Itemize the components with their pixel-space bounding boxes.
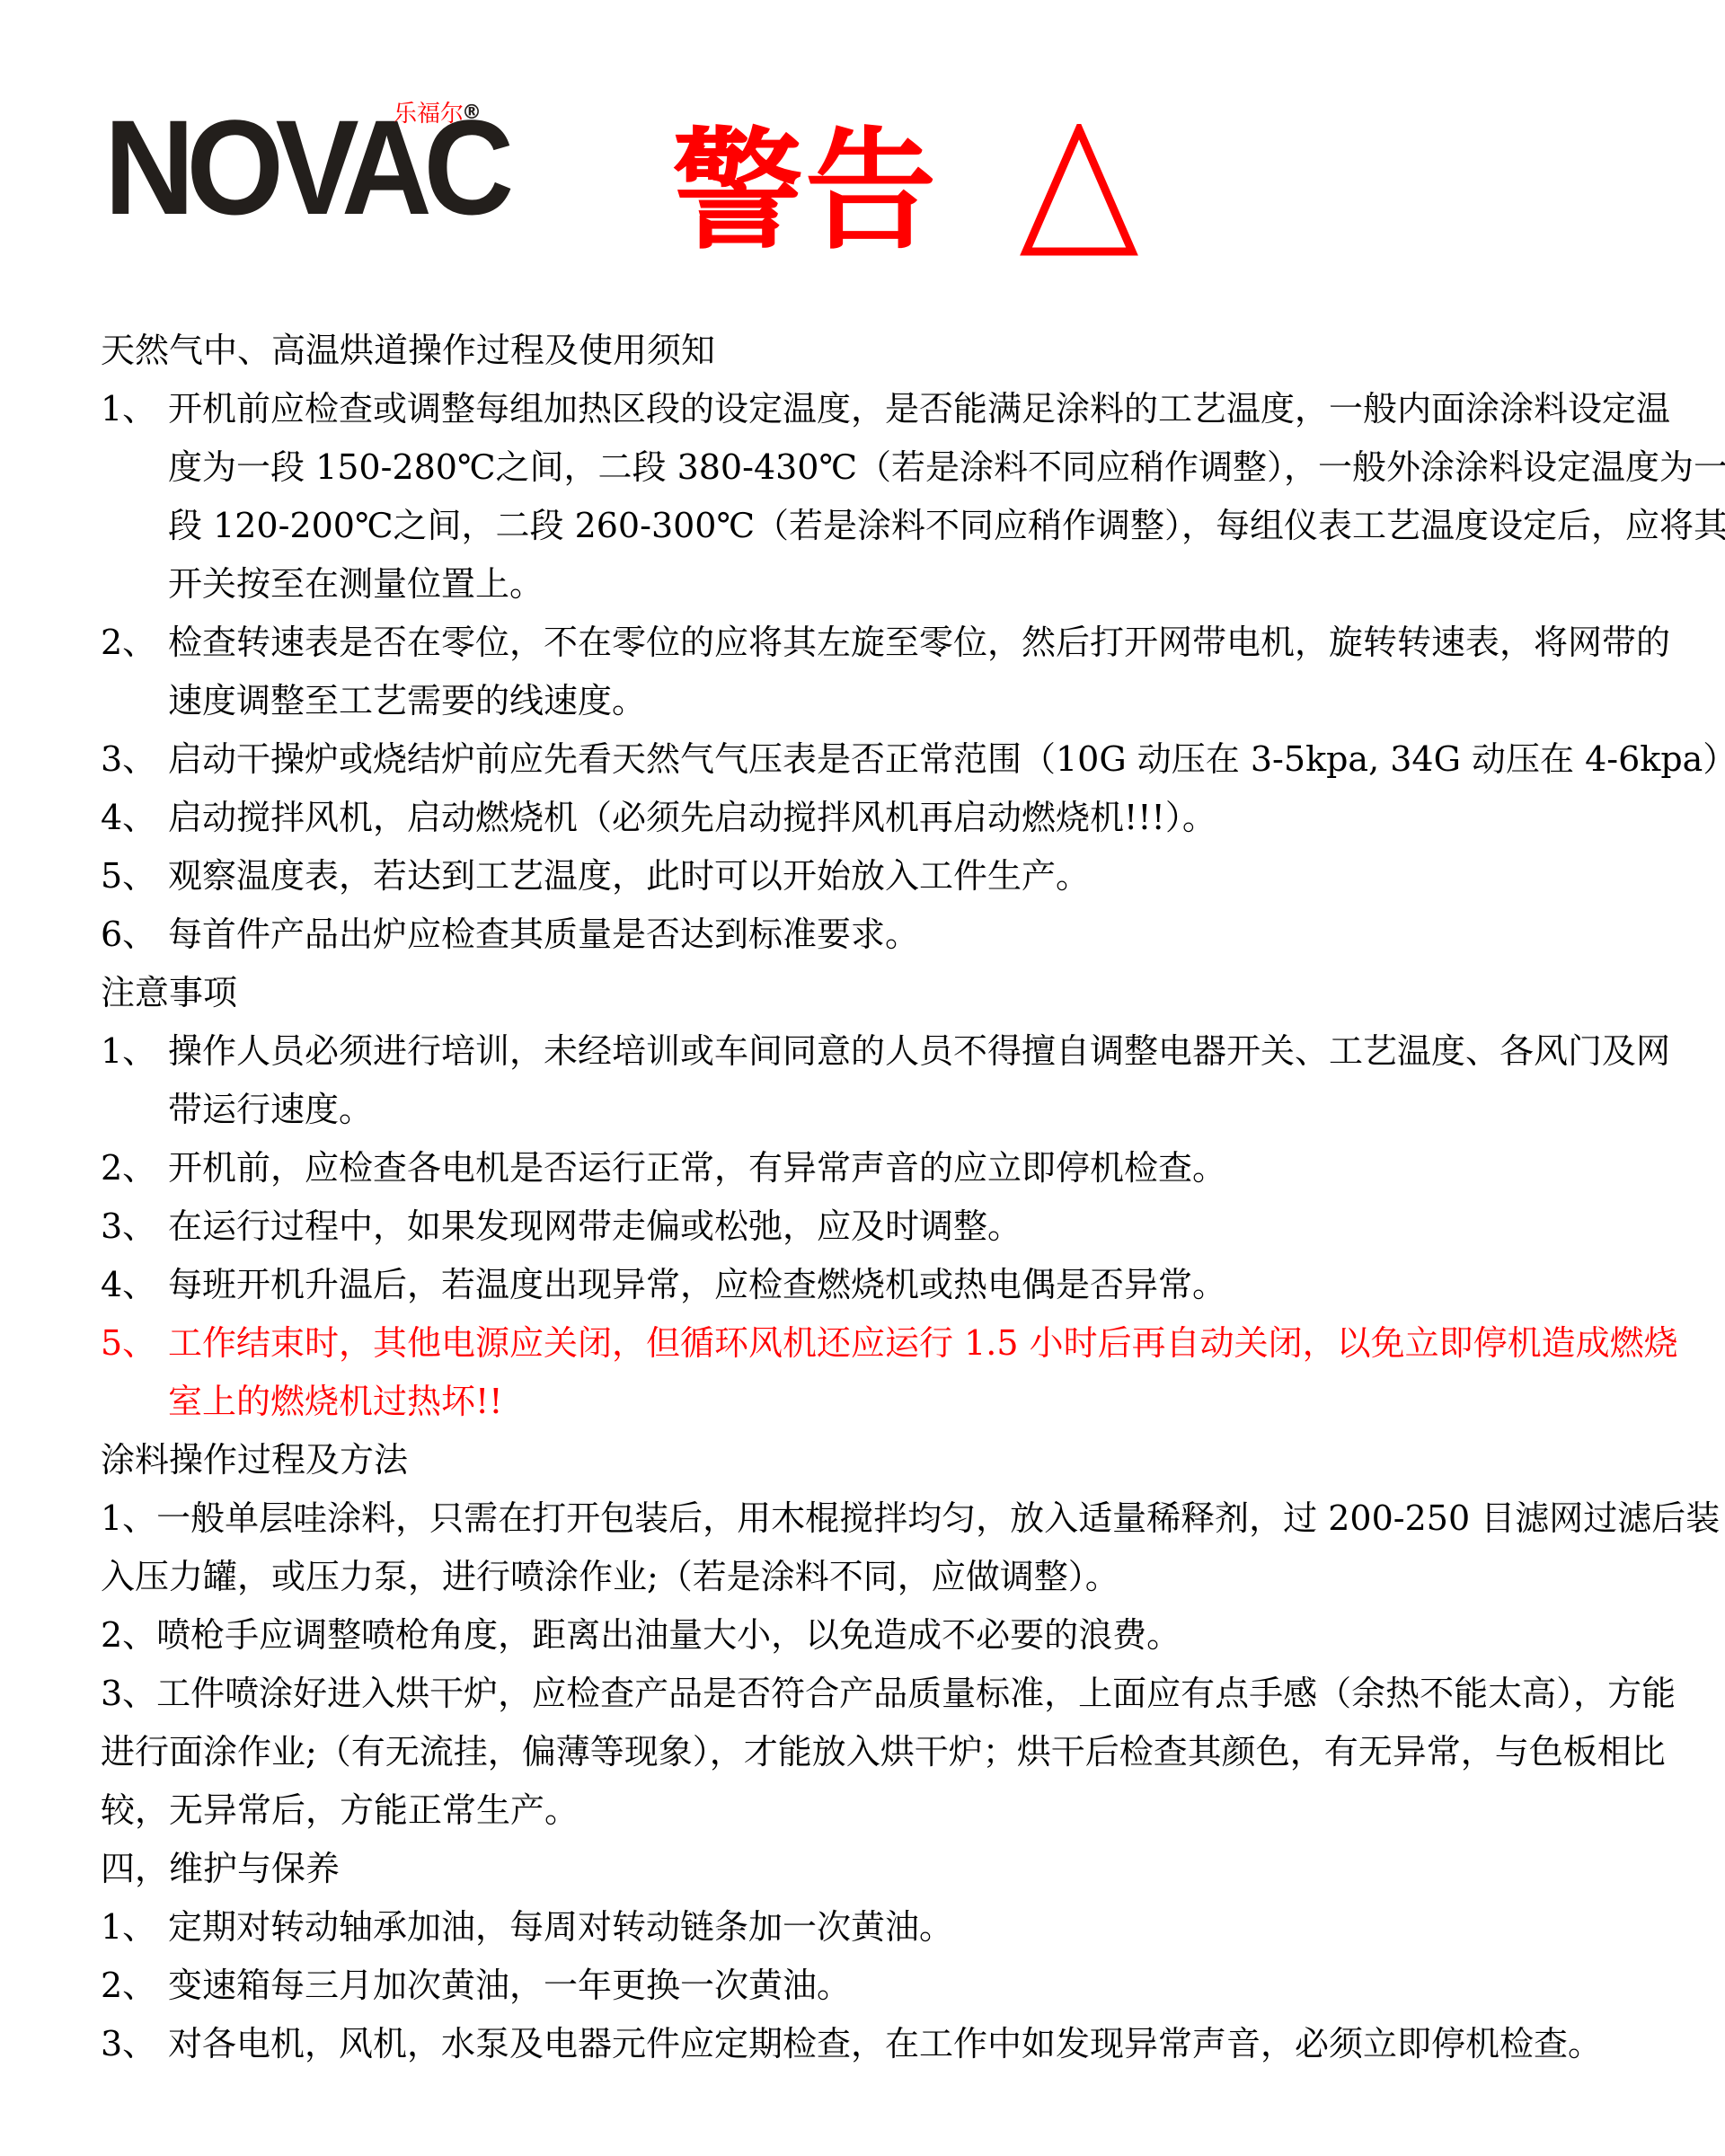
line-text: 对各电机，风机，水泵及电器元件应定期检查，在工作中如发现异常声音，必须立即停机检…: [168, 2015, 1653, 2073]
list-item-line: 6、每首件产品出炉应检查其质量是否达到标准要求。: [101, 906, 1653, 964]
line-text: 每班开机升温后，若温度出现异常，应检查燃烧机或热电偶是否异常。: [168, 1256, 1653, 1314]
paragraph-line: 1、一般单层哇涂料，只需在打开包装后，用木棍搅拌均匀，放入适量稀释剂，过 200…: [101, 1489, 1653, 1548]
list-item-line: 段 120-200℃之间，二段 260-300℃（若是涂料不同应稍作调整），每组…: [101, 497, 1653, 555]
logo-chinese-name: 乐福尔: [394, 101, 464, 128]
section-title: 天然气中、高温烘道操作过程及使用须知: [101, 322, 1653, 380]
list-item-line: 室上的燃烧机过热坏!!: [101, 1373, 1653, 1431]
line-text: 定期对转动轴承加油，每周对转动链条加一次黄油。: [168, 1898, 1653, 1957]
list-item-line: 度为一段 150-280℃之间，二段 380-430℃（若是涂料不同应稍作调整）…: [101, 438, 1653, 497]
line-text: 启动搅拌风机，启动燃烧机（必须先启动搅拌风机再启动燃烧机!!!）。: [168, 789, 1653, 847]
paragraph-line: 3、工件喷涂好进入烘干炉，应检查产品是否符合产品质量标准，上面应有点手感（余热不…: [101, 1665, 1653, 1723]
list-item-line: 1、开机前应检查或调整每组加热区段的设定温度，是否能满足涂料的工艺温度，一般内面…: [101, 380, 1653, 438]
item-number: 2、: [101, 1139, 156, 1197]
paragraph-line: 进行面涂作业;（有无流挂，偏薄等现象），才能放入烘干炉；烘干后检查其颜色，有无异…: [101, 1723, 1653, 1781]
item-number: 6、: [101, 906, 156, 964]
novac-logo: NOVAC 乐福尔 ®: [104, 101, 482, 222]
line-text: 在运行过程中，如果发现网带走偏或松弛，应及时调整。: [168, 1197, 1653, 1256]
document-body: 天然气中、高温烘道操作过程及使用须知1、开机前应检查或调整每组加热区段的设定温度…: [101, 322, 1653, 2073]
line-text: 1、一般单层哇涂料，只需在打开包装后，用木棍搅拌均匀，放入适量稀释剂，过 200…: [101, 1489, 1653, 1548]
registered-mark-icon: ®: [462, 101, 482, 126]
item-number: 5、: [101, 1314, 156, 1373]
section-title: 注意事项: [101, 964, 1653, 1022]
line-text: 段 120-200℃之间，二段 260-300℃（若是涂料不同应稍作调整），每组…: [168, 497, 1653, 555]
line-text: 变速箱每三月加次黄油，一年更换一次黄油。: [168, 1957, 1653, 2015]
list-item-line: 2、开机前，应检查各电机是否运行正常，有异常声音的应立即停机检查。: [101, 1139, 1653, 1197]
item-number: 3、: [101, 2015, 156, 2073]
item-number: 1、: [101, 1022, 156, 1081]
line-text: 观察温度表，若达到工艺温度，此时可以开始放入工件生产。: [168, 847, 1653, 906]
item-number: 4、: [101, 789, 156, 847]
logo-wordmark: NOVAC: [104, 113, 506, 221]
list-item-line: 开关按至在测量位置上。: [101, 555, 1653, 614]
warning-triangle-icon: [1019, 124, 1139, 259]
list-item-line: 速度调整至工艺需要的线速度。: [101, 672, 1653, 730]
section-heading: 涂料操作过程及方法: [101, 1431, 1653, 1489]
section-title: 涂料操作过程及方法: [101, 1431, 1653, 1489]
paragraph-line: 较，无异常后，方能正常生产。: [101, 1781, 1653, 1840]
list-item-line: 5、观察温度表，若达到工艺温度，此时可以开始放入工件生产。: [101, 847, 1653, 906]
line-text: 较，无异常后，方能正常生产。: [101, 1781, 1653, 1840]
section-heading: 注意事项: [101, 964, 1653, 1022]
section-title: 四，维护与保养: [101, 1840, 1653, 1898]
item-number: 4、: [101, 1256, 156, 1314]
line-text: 工作结束时，其他电源应关闭，但循环风机还应运行 1.5 小时后再自动关闭，以免立…: [168, 1314, 1653, 1373]
item-number: 3、: [101, 1197, 156, 1256]
item-number: 2、: [101, 1957, 156, 2015]
line-text: 3、工件喷涂好进入烘干炉，应检查产品是否符合产品质量标准，上面应有点手感（余热不…: [101, 1665, 1653, 1723]
line-text: 每首件产品出炉应检查其质量是否达到标准要求。: [168, 906, 1653, 964]
line-text: 操作人员必须进行培训，未经培训或车间同意的人员不得擅自调整电器开关、工艺温度、各…: [168, 1022, 1653, 1081]
item-number: 1、: [101, 380, 156, 438]
line-text: 进行面涂作业;（有无流挂，偏薄等现象），才能放入烘干炉；烘干后检查其颜色，有无异…: [101, 1723, 1653, 1781]
item-number: 5、: [101, 847, 156, 906]
line-text: 开关按至在测量位置上。: [168, 555, 1653, 614]
list-item-line: 2、变速箱每三月加次黄油，一年更换一次黄油。: [101, 1957, 1653, 2015]
list-item-line: 5、工作结束时，其他电源应关闭，但循环风机还应运行 1.5 小时后再自动关闭，以…: [101, 1314, 1653, 1373]
line-text: 度为一段 150-280℃之间，二段 380-430℃（若是涂料不同应稍作调整）…: [168, 438, 1653, 497]
list-item-line: 1、操作人员必须进行培训，未经培训或车间同意的人员不得擅自调整电器开关、工艺温度…: [101, 1022, 1653, 1081]
list-item-line: 4、启动搅拌风机，启动燃烧机（必须先启动搅拌风机再启动燃烧机!!!）。: [101, 789, 1653, 847]
line-text: 2、喷枪手应调整喷枪角度，距离出油量大小，以免造成不必要的浪费。: [101, 1606, 1653, 1665]
line-text: 启动干操炉或烧结炉前应先看天然气气压表是否正常范围（10G 动压在 3-5kpa…: [168, 730, 1653, 789]
line-text: 入压力罐，或压力泵，进行喷涂作业;（若是涂料不同，应做调整）。: [101, 1548, 1653, 1606]
warning-title: 警告: [672, 106, 938, 277]
section-heading: 天然气中、高温烘道操作过程及使用须知: [101, 322, 1653, 380]
list-item-line: 带运行速度。: [101, 1081, 1653, 1139]
line-text: 室上的燃烧机过热坏!!: [168, 1373, 1653, 1431]
item-number: 3、: [101, 730, 156, 789]
paragraph-line: 入压力罐，或压力泵，进行喷涂作业;（若是涂料不同，应做调整）。: [101, 1548, 1653, 1606]
list-item-line: 4、每班开机升温后，若温度出现异常，应检查燃烧机或热电偶是否异常。: [101, 1256, 1653, 1314]
line-text: 速度调整至工艺需要的线速度。: [168, 672, 1653, 730]
list-item-line: 2、检查转速表是否在零位，不在零位的应将其左旋至零位，然后打开网带电机，旋转转速…: [101, 614, 1653, 672]
list-item-line: 3、启动干操炉或烧结炉前应先看天然气气压表是否正常范围（10G 动压在 3-5k…: [101, 730, 1653, 789]
list-item-line: 3、在运行过程中，如果发现网带走偏或松弛，应及时调整。: [101, 1197, 1653, 1256]
document-header: NOVAC 乐福尔 ® 警告: [0, 0, 1725, 296]
line-text: 检查转速表是否在零位，不在零位的应将其左旋至零位，然后打开网带电机，旋转转速表，…: [168, 614, 1653, 672]
paragraph-line: 2、喷枪手应调整喷枪角度，距离出油量大小，以免造成不必要的浪费。: [101, 1606, 1653, 1665]
item-number: 2、: [101, 614, 156, 672]
item-number: 1、: [101, 1898, 156, 1957]
list-item-line: 3、对各电机，风机，水泵及电器元件应定期检查，在工作中如发现异常声音，必须立即停…: [101, 2015, 1653, 2073]
line-text: 开机前应检查或调整每组加热区段的设定温度，是否能满足涂料的工艺温度，一般内面涂涂…: [168, 380, 1653, 438]
section-heading: 四，维护与保养: [101, 1840, 1653, 1898]
list-item-line: 1、定期对转动轴承加油，每周对转动链条加一次黄油。: [101, 1898, 1653, 1957]
line-text: 开机前，应检查各电机是否运行正常，有异常声音的应立即停机检查。: [168, 1139, 1653, 1197]
line-text: 带运行速度。: [168, 1081, 1653, 1139]
